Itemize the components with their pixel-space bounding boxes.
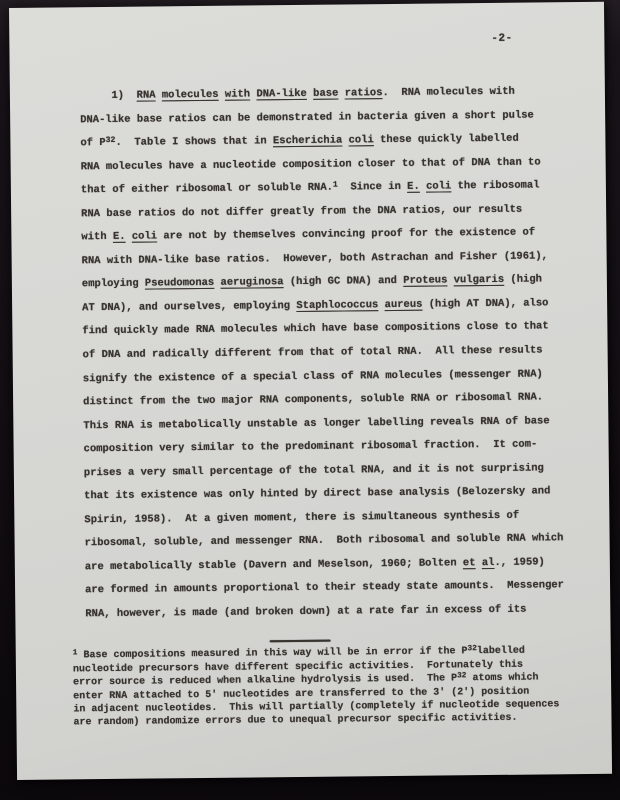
text-segment: are formed in amounts proportional to th…: [85, 580, 564, 597]
text-segment: (high GC DNA) and: [283, 275, 403, 288]
underlined-text: vulgaris: [454, 274, 505, 287]
text-segment: are random) randomize errors due to uneq…: [73, 713, 517, 729]
text-segment: distinct from the two major RNA componen…: [83, 392, 543, 409]
text-line: RNA, however, is made (and broken down) …: [85, 598, 585, 627]
text-segment: atoms which: [466, 673, 538, 685]
text-segment: ribosomal, soluble, and messenger RNA. B…: [85, 533, 564, 550]
underlined-text: Staphlococcus: [296, 299, 378, 312]
text-segment: . Table I shows that in: [115, 135, 273, 149]
text-segment: that its existence was only hinted by di…: [84, 486, 550, 503]
text-segment: ., 1959): [494, 556, 545, 569]
underlined-text: RNA: [137, 89, 156, 101]
superscript: 1: [333, 181, 338, 190]
text-segment: RNA, however, is made (and broken down) …: [85, 604, 526, 621]
underlined-text: DNA-like: [256, 88, 307, 101]
text-segment: these quickly labelled: [374, 133, 519, 147]
underlined-text: aureus: [385, 299, 423, 311]
text-segment: that of either ribosomal or soluble RNA.: [81, 182, 333, 197]
text-segment: with: [81, 231, 113, 243]
text-segment: composition very similar to the predomin…: [84, 439, 538, 456]
underlined-text: coli: [132, 231, 157, 243]
underlined-text: al: [482, 557, 495, 569]
text-segment: are not by themselves convincing proof f…: [157, 227, 535, 243]
text-segment: AT DNA), and ourselves, employing: [82, 300, 296, 314]
underlined-text: molecules: [162, 89, 219, 102]
underlined-text: Pseudomonas: [145, 277, 214, 290]
underlined-text: base: [313, 88, 338, 100]
text-segment: (high: [504, 274, 542, 286]
text-segment: 1): [80, 90, 137, 103]
superscript: 32: [457, 672, 466, 680]
underlined-text: et: [463, 557, 476, 569]
text-segment: labelled: [477, 646, 525, 658]
footnote-divider: [270, 640, 331, 643]
document-page: -2- 1) RNA molecules with DNA-like base …: [9, 2, 612, 780]
text-segment: prises a very small percentage of the to…: [84, 462, 544, 479]
underlined-text: ratios: [345, 87, 383, 99]
text-segment: Spirin, 1958). At a given moment, there …: [84, 510, 519, 527]
superscript: 32: [106, 136, 116, 145]
text-segment: DNA-like base ratios can be demonstrated…: [80, 109, 534, 126]
underlined-text: Proteus: [403, 275, 447, 287]
text-segment: find quickly made RNA molecules which ha…: [82, 321, 548, 338]
text-segment: RNA base ratios do not differ greatly fr…: [81, 203, 522, 220]
text-segment: the ribosomal: [451, 180, 539, 193]
text-segment: are metabolically stable (Davern and Mes…: [85, 557, 463, 573]
underlined-text: coli: [426, 181, 451, 193]
footnote-text-block: 1 Base compositions measured in this way…: [73, 644, 579, 730]
page-number: -2-: [491, 33, 512, 45]
text-segment: signify the existence of a special class…: [83, 368, 543, 385]
text-segment: This RNA is metabolically unstable as lo…: [83, 415, 549, 432]
text-segment: . RNA molecules with: [382, 86, 514, 99]
text-segment: RNA with DNA-like base ratios. However, …: [82, 250, 548, 267]
text-segment: of P: [80, 137, 105, 149]
body-text-block: 1) RNA molecules with DNA-like base rati…: [80, 80, 586, 627]
superscript: 1: [73, 649, 78, 657]
underlined-text: coli: [349, 134, 374, 146]
underlined-text: aeruginosa: [220, 277, 283, 290]
text-segment: employing: [82, 278, 145, 291]
superscript: 32: [467, 645, 476, 653]
text-segment: RNA molecules have a nucleotide composit…: [81, 156, 541, 173]
underlined-text: with: [225, 88, 250, 100]
underlined-text: E.: [113, 231, 126, 243]
underlined-text: E.: [407, 181, 420, 193]
underlined-text: Escherichia: [273, 135, 342, 148]
text-segment: (high AT DNA), also: [422, 297, 548, 310]
text-segment: Since in: [338, 181, 407, 194]
text-segment: of DNA and radically different from that…: [83, 344, 543, 361]
